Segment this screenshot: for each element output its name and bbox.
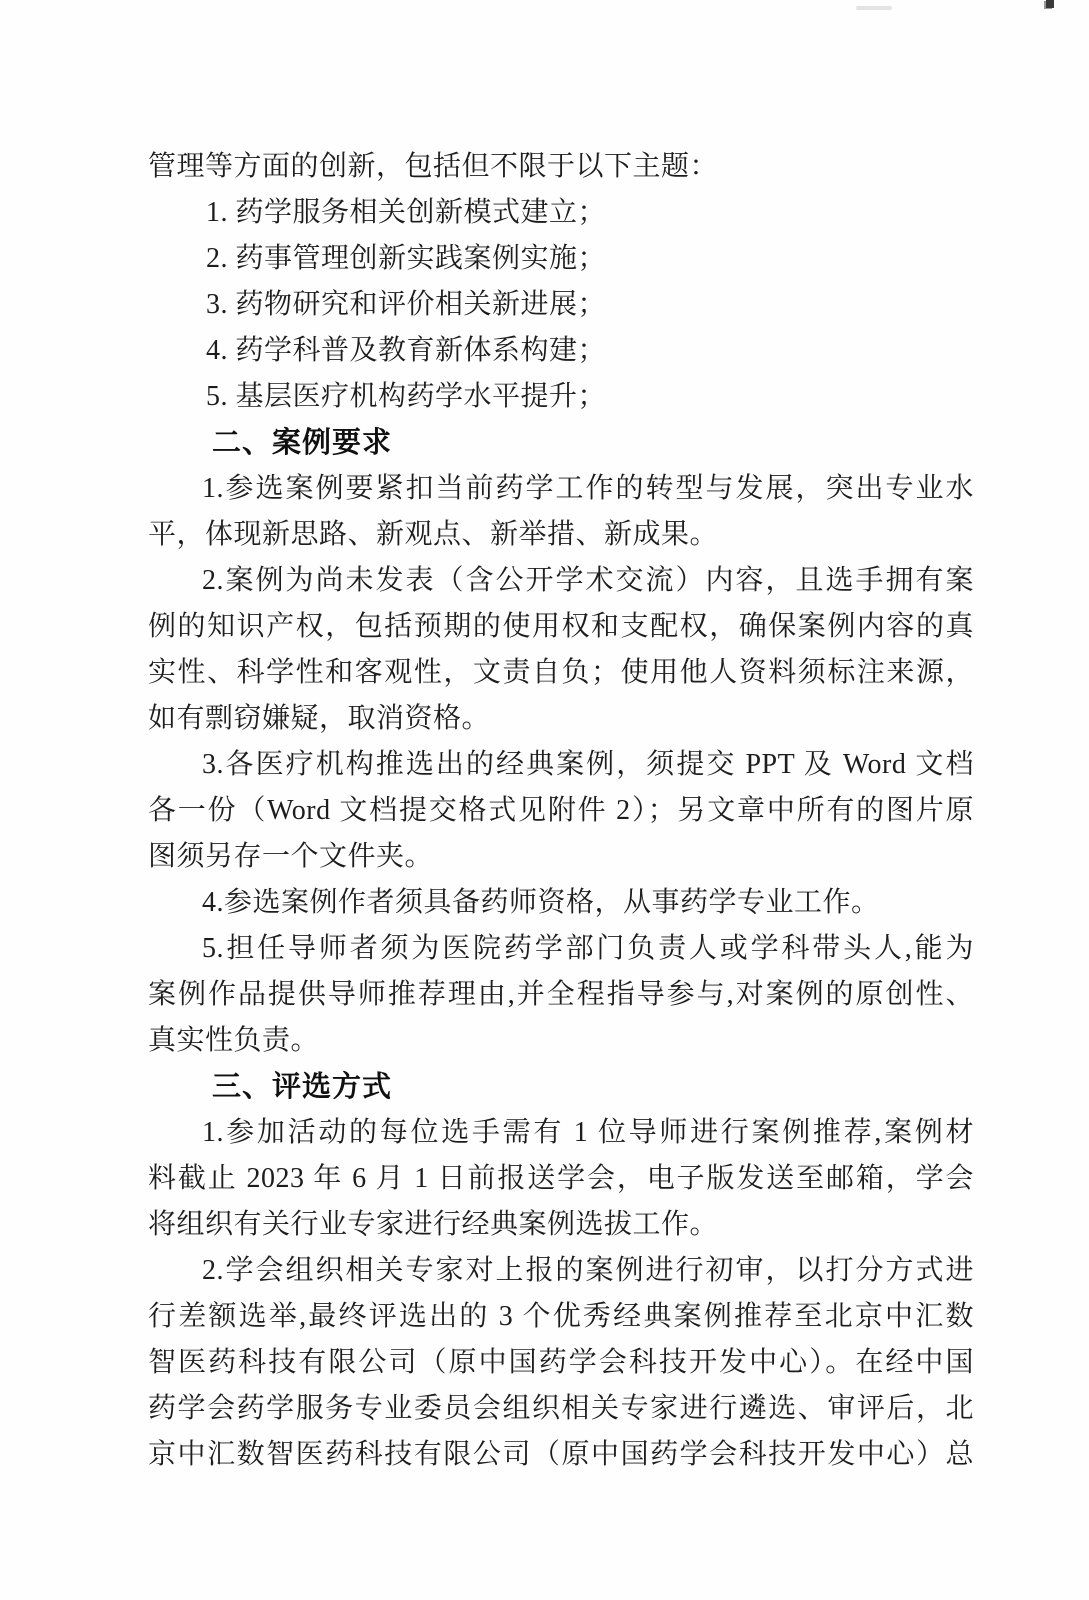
text-line-18: 5.担任导师者须为医院药学部门负责人或学科带头人,能为 [148,926,974,972]
scan-smudge-artifact [856,6,892,10]
text-line-4: 3. 药物研究和评价相关新进展； [148,282,974,328]
text-block: 管理等方面的创新，包括但不限于以下主题：1. 药学服务相关创新模式建立；2. 药… [148,144,974,1478]
text-line-10: 2.案例为尚未发表（含公开学术交流）内容，且选手拥有案 [148,558,974,604]
text-line-25: 2.学会组织相关专家对上报的案例进行初审，以打分方式进 [148,1248,974,1294]
text-line-19: 案例作品提供导师推荐理由,并全程指导参与,对案例的原创性、 [148,972,974,1018]
text-line-16: 图须另存一个文件夹。 [148,834,974,880]
text-line-26: 行差额选举,最终评选出的 3 个优秀经典案例推荐至北京中汇数 [148,1294,974,1340]
text-line-3: 2. 药事管理创新实践案例实施； [148,236,974,282]
text-line-23: 料截止 2023 年 6 月 1 日前报送学会，电子版发送至邮箱，学会 [148,1156,974,1202]
text-line-5: 4. 药学科普及教育新体系构建； [148,328,974,374]
text-line-1: 管理等方面的创新，包括但不限于以下主题： [148,144,974,190]
text-line-24: 将组织有关行业专家进行经典案例选拔工作。 [148,1202,974,1248]
text-line-2: 1. 药学服务相关创新模式建立； [148,190,974,236]
text-line-11: 例的知识产权，包括预期的使用权和支配权，确保案例内容的真 [148,604,974,650]
text-line-7: 二、案例要求 [148,420,974,466]
text-line-22: 1.参加活动的每位选手需有 1 位导师进行案例推荐,案例材 [148,1110,974,1156]
text-line-12: 实性、科学性和客观性，文责自负；使用他人资料须标注来源， [148,650,974,696]
text-line-6: 5. 基层医疗机构药学水平提升； [148,374,974,420]
text-line-27: 智医药科技有限公司（原中国药学会科技开发中心）。在经中国 [148,1340,974,1386]
text-line-29: 京中汇数智医药科技有限公司（原中国药学会科技开发中心）总 [148,1432,974,1478]
scan-speck-artifact [1046,0,1054,8]
text-line-13: 如有剽窃嫌疑，取消资格。 [148,696,974,742]
text-line-9: 平，体现新思路、新观点、新举措、新成果。 [148,512,974,558]
text-line-14: 3.各医疗机构推选出的经典案例，须提交 PPT 及 Word 文档 [148,742,974,788]
text-line-21: 三、评选方式 [148,1064,974,1110]
text-line-20: 真实性负责。 [148,1018,974,1064]
text-line-8: 1.参选案例要紧扣当前药学工作的转型与发展，突出专业水 [148,466,974,512]
text-line-17: 4.参选案例作者须具备药师资格，从事药学专业工作。 [148,880,974,926]
document-page: 管理等方面的创新，包括但不限于以下主题：1. 药学服务相关创新模式建立；2. 药… [0,0,1089,1600]
text-line-15: 各一份（Word 文档提交格式见附件 2）；另文章中所有的图片原 [148,788,974,834]
text-line-28: 药学会药学服务专业委员会组织相关专家进行遴选、审评后，北 [148,1386,974,1432]
